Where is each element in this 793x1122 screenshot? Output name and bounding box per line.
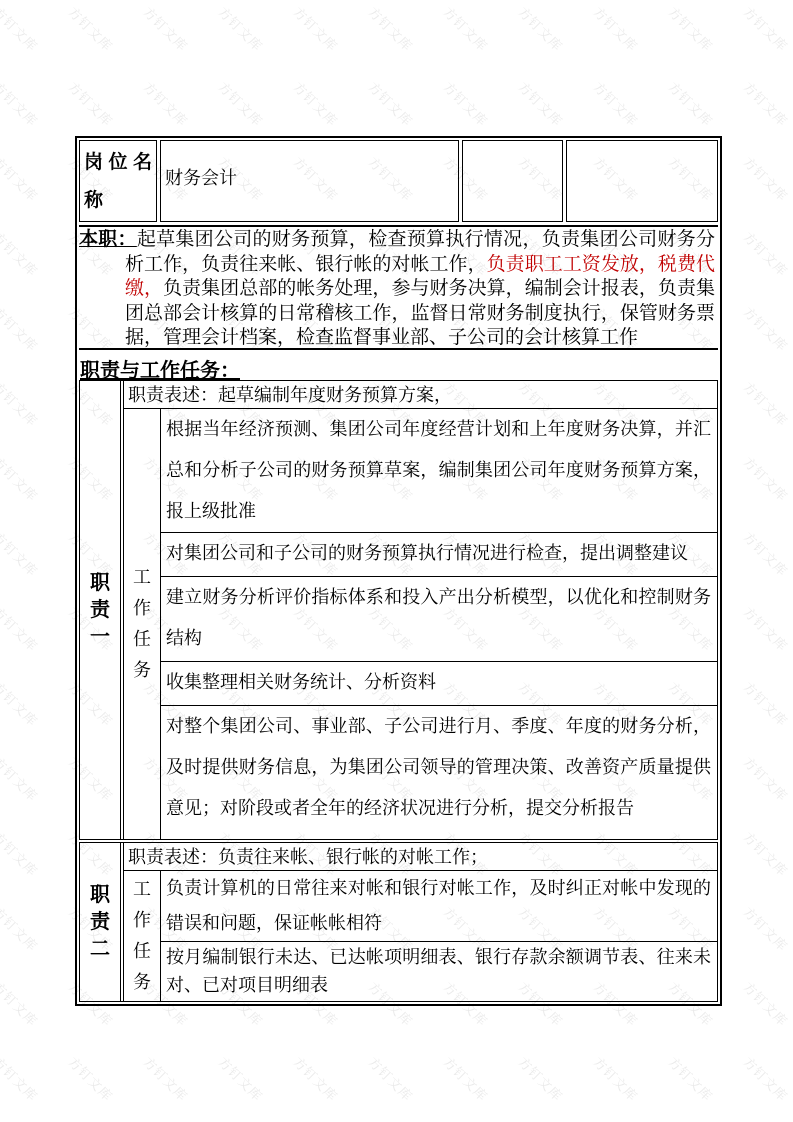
watermark-text: 方钉文库 — [740, 902, 793, 955]
task-item: 对集团公司和子公司的财务预算执行情况进行检查，提出调整建议 — [161, 532, 717, 576]
duty-2-task-list: 负责计算机的日常往来对帐和银行对帐工作，及时纠正对帐中发现的错误和问题，保证帐帐… — [161, 871, 717, 1001]
watermark-text: 方钉文库 — [65, 2, 118, 55]
watermark-text: 方钉文库 — [440, 77, 493, 130]
watermark-text: 方钉文库 — [515, 77, 568, 130]
position-name-label: 岗位名称 — [84, 152, 152, 211]
watermark-text: 方钉文库 — [65, 77, 118, 130]
watermark-text: 方钉文库 — [65, 1052, 118, 1105]
duty-1-task-list: 根据当年经济预测、集团公司年度经营计划和上年度财务决算，并汇总和分析子公司的财务… — [161, 409, 717, 839]
watermark-text: 方钉文库 — [140, 77, 193, 130]
watermark-text: 方钉文库 — [740, 977, 793, 1030]
watermark-text: 方钉文库 — [365, 77, 418, 130]
duty-1-block: 职责一 职责表述：起草编制年度财务预算方案， 工作任务 根据当年经济预测、集团公… — [79, 380, 718, 840]
document-page: 方钉文库方钉文库方钉文库方钉文库方钉文库方钉文库方钉文库方钉文库方钉文库方钉文库… — [0, 0, 793, 1122]
main-duty-label: 本职： — [79, 229, 137, 250]
position-name-value-cell: 财务会计 — [160, 140, 459, 222]
watermark-text: 方钉文库 — [290, 2, 343, 55]
main-duty-text-part2: 负责集团总部的帐务处理，参与财务决算，编制会计报表，负责集团总部会计核算的日常稽… — [125, 278, 715, 348]
duty-1-task-column-label: 工作任务 — [124, 409, 161, 839]
watermark-text: 方钉文库 — [290, 77, 343, 130]
watermark-text: 方钉文库 — [740, 152, 793, 205]
watermark-text: 方钉文库 — [740, 77, 793, 130]
watermark-text: 方钉文库 — [0, 752, 43, 805]
watermark-text: 方钉文库 — [590, 77, 643, 130]
task-item: 对整个集团公司、事业部、子公司进行月、季度、年度的财务分析，及时提供财务信息，为… — [161, 705, 717, 839]
watermark-text: 方钉文库 — [440, 1052, 493, 1105]
watermark-text: 方钉文库 — [0, 527, 43, 580]
watermark-text: 方钉文库 — [740, 227, 793, 280]
section-header: 职责与工作任务： — [79, 350, 718, 380]
duty-1-description: 职责表述：起草编制年度财务预算方案， — [124, 381, 717, 409]
main-duty-paragraph: 本职：起草集团公司的财务预算，检查预算执行情况，负责集团公司财务分析工作，负责往… — [79, 225, 718, 350]
watermark-text: 方钉文库 — [365, 2, 418, 55]
watermark-text: 方钉文库 — [740, 2, 793, 55]
position-name-value: 财务会计 — [165, 164, 237, 190]
duty-2-label: 职责二 — [80, 843, 121, 1001]
job-description-document: 岗位名称 财务会计 本职：起草集团公司的财务预算，检查预算执行情况，负责集团公司… — [75, 136, 722, 1006]
watermark-text: 方钉文库 — [0, 602, 43, 655]
watermark-text: 方钉文库 — [140, 2, 193, 55]
watermark-text: 方钉文库 — [0, 677, 43, 730]
duty-2-description: 职责表述：负责往来帐、银行帐的对帐工作； — [124, 843, 717, 871]
duty-2-tasks-row: 工作任务 负责计算机的日常往来对帐和银行对帐工作，及时纠正对帐中发现的错误和问题… — [124, 871, 717, 1001]
position-name-table: 岗位名称 财务会计 — [79, 140, 718, 222]
watermark-text: 方钉文库 — [0, 902, 43, 955]
duty-1-label: 职责一 — [80, 381, 121, 839]
watermark-text: 方钉文库 — [740, 527, 793, 580]
watermark-text: 方钉文库 — [665, 2, 718, 55]
duty-1-tasks-row: 工作任务 根据当年经济预测、集团公司年度经营计划和上年度财务决算，并汇总和分析子… — [124, 409, 717, 839]
watermark-text: 方钉文库 — [0, 377, 43, 430]
watermark-text: 方钉文库 — [215, 77, 268, 130]
watermark-text: 方钉文库 — [740, 452, 793, 505]
task-item: 负责计算机的日常往来对帐和银行对帐工作，及时纠正对帐中发现的错误和问题，保证帐帐… — [161, 871, 717, 941]
watermark-text: 方钉文库 — [0, 152, 43, 205]
watermark-text: 方钉文库 — [0, 227, 43, 280]
task-item: 根据当年经济预测、集团公司年度经营计划和上年度财务决算，并汇总和分析子公司的财务… — [161, 409, 717, 532]
empty-cell-2 — [566, 140, 718, 222]
watermark-text: 方钉文库 — [740, 602, 793, 655]
watermark-text: 方钉文库 — [0, 302, 43, 355]
watermark-text: 方钉文库 — [740, 827, 793, 880]
watermark-text: 方钉文库 — [0, 827, 43, 880]
position-name-label-cell: 岗位名称 — [79, 140, 157, 222]
watermark-text: 方钉文库 — [365, 1052, 418, 1105]
watermark-text: 方钉文库 — [440, 2, 493, 55]
watermark-text: 方钉文库 — [665, 1052, 718, 1105]
empty-cell-1 — [462, 140, 563, 222]
watermark-text: 方钉文库 — [0, 1052, 43, 1105]
watermark-text: 方钉文库 — [740, 752, 793, 805]
watermark-text: 方钉文库 — [590, 2, 643, 55]
watermark-text: 方钉文库 — [215, 2, 268, 55]
watermark-text: 方钉文库 — [515, 1052, 568, 1105]
duty-2-content: 职责表述：负责往来帐、银行帐的对帐工作； 工作任务 负责计算机的日常往来对帐和银… — [123, 843, 717, 1001]
duty-2-block: 职责二 职责表述：负责往来帐、银行帐的对帐工作； 工作任务 负责计算机的日常往来… — [79, 842, 718, 1002]
watermark-text: 方钉文库 — [215, 1052, 268, 1105]
watermark-text: 方钉文库 — [740, 1052, 793, 1105]
section-header-text: 职责与工作任务： — [80, 360, 240, 382]
watermark-text: 方钉文库 — [0, 452, 43, 505]
task-item: 收集整理相关财务统计、分析资料 — [161, 661, 717, 705]
watermark-text: 方钉文库 — [740, 302, 793, 355]
watermark-text: 方钉文库 — [515, 2, 568, 55]
watermark-text: 方钉文库 — [0, 2, 43, 55]
watermark-text: 方钉文库 — [590, 1052, 643, 1105]
duty-2-task-column-label: 工作任务 — [124, 871, 161, 1001]
task-item: 按月编制银行未达、已达帐项明细表、银行存款余额调节表、往来未对、已对项目明细表 — [161, 941, 717, 1001]
watermark-text: 方钉文库 — [0, 77, 43, 130]
watermark-text: 方钉文库 — [740, 377, 793, 430]
watermark-text: 方钉文库 — [0, 977, 43, 1030]
watermark-text: 方钉文库 — [290, 1052, 343, 1105]
task-item: 建立财务分析评价指标体系和投入产出分析模型，以优化和控制财务结构 — [161, 576, 717, 661]
duty-1-content: 职责表述：起草编制年度财务预算方案， 工作任务 根据当年经济预测、集团公司年度经… — [123, 381, 717, 839]
watermark-text: 方钉文库 — [740, 677, 793, 730]
watermark-text: 方钉文库 — [665, 77, 718, 130]
watermark-text: 方钉文库 — [140, 1052, 193, 1105]
